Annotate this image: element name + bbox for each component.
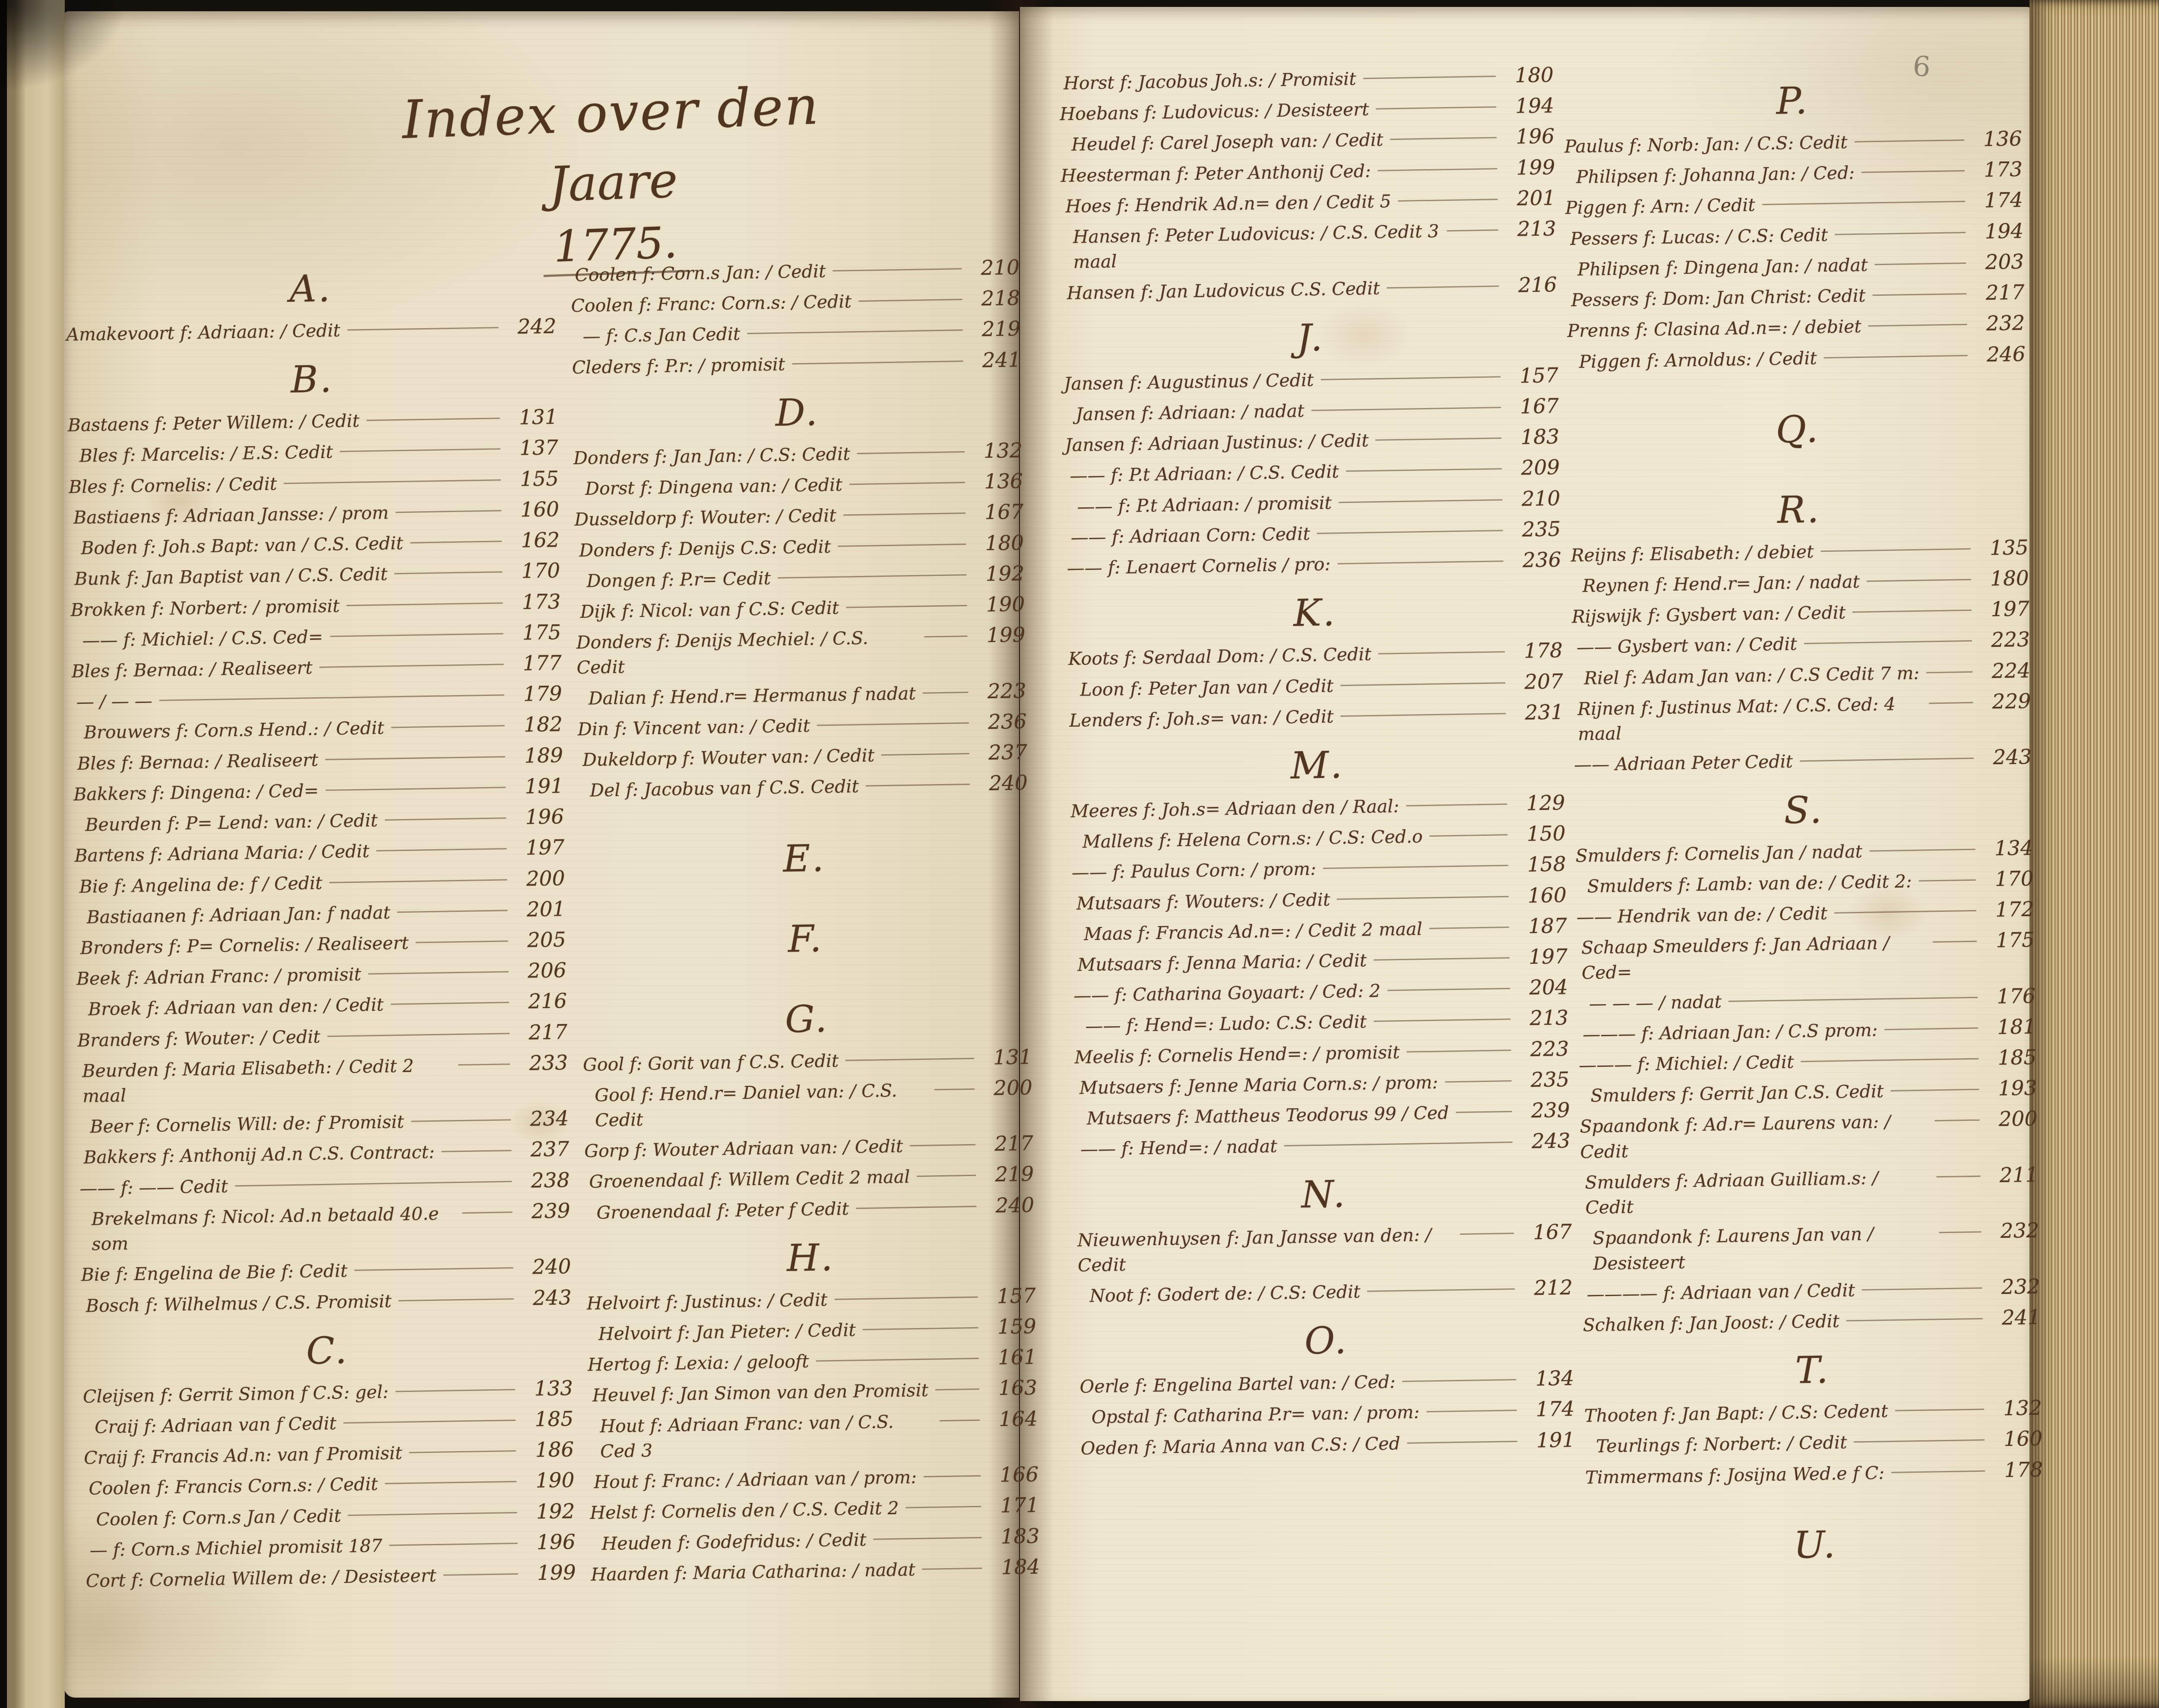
index-entry: Bastaens f: Peter Willem: / Cedit131	[67, 405, 558, 438]
entry-dash-line	[1862, 1287, 1982, 1290]
entry-dash-line	[1368, 1288, 1515, 1292]
entry-dash-line	[327, 1033, 510, 1037]
index-entry: Din f: Vincent van: / Cedit236	[577, 710, 1027, 742]
entry-page-number: 197	[1978, 597, 2029, 622]
entry-name: Bosch f: Wilhelmus / C.S. Promisit	[85, 1288, 392, 1318]
index-entry: Reijns f: Elisabeth: / debiet135	[1570, 536, 2029, 568]
section-letter: P.	[1564, 76, 2022, 127]
entry-name: Bles f: Bernaa: / Realiseert	[71, 655, 313, 684]
entry-page-number: 243	[520, 1286, 572, 1310]
entry-dash-line	[410, 541, 502, 543]
entry-page-number: 238	[519, 1168, 570, 1193]
entry-page-number: 196	[524, 1530, 576, 1555]
section-letter: A.	[65, 263, 556, 314]
entry-name: Bakkers f: Dingena: / Ced=	[73, 778, 319, 807]
entry-name: Noot f: Godert de: / C.S: Cedit	[1089, 1279, 1361, 1309]
index-entry: —— Adriaan Peter Cedit243	[1574, 745, 2032, 778]
index-section: D.Donders f: Jan Jan: / C.S: Cedit132Dor…	[573, 388, 1028, 803]
entry-name: Riel f: Adam Jan van: / C.S Cedit 7 m:	[1584, 660, 1920, 690]
entry-dash-line	[1346, 468, 1502, 472]
entry-name: Mutsaars f: Jenna Maria: / Cedit	[1077, 948, 1367, 977]
index-entry: Prenns f: Clasina Ad.n=: / debiet232	[1567, 311, 2025, 344]
index-entry: Craij f: Francis Ad.n: van f Promisit186	[84, 1438, 574, 1471]
entry-dash-line	[940, 1419, 980, 1421]
entry-dash-line	[1926, 671, 1972, 673]
entry-dash-line	[347, 602, 503, 606]
entry-dash-line	[1323, 865, 1508, 869]
entry-dash-line	[1447, 229, 1498, 231]
index-entry: Hout f: Franc: / Adriaan van / prom:166	[589, 1463, 1039, 1495]
index-entry: Cort f: Cornelia Willem de: / Desisteert…	[85, 1561, 576, 1594]
entry-dash-line	[816, 1358, 978, 1362]
entry-name: Horst f: Jacobus Joh.s: / Promisit	[1064, 66, 1356, 96]
index-entry: Dalian f: Hend.r= Hermanus f nadat223	[577, 679, 1026, 712]
entry-page-number: 183	[1508, 425, 1560, 449]
entry-dash-line	[1762, 201, 1965, 205]
index-entry: ——— f: Michiel: / Cedit185	[1579, 1046, 2037, 1078]
entry-dash-line	[442, 1150, 512, 1153]
entry-name: Piggen f: Arn: / Cedit	[1565, 193, 1756, 221]
index-section: U.	[1586, 1520, 2044, 1570]
entry-name: Heesterman f: Peter Anthonij Ced:	[1061, 158, 1371, 188]
entry-dash-line	[1933, 941, 1977, 943]
entry-page-number: 193	[1986, 1076, 2037, 1101]
entry-page-number: 216	[516, 989, 567, 1014]
entry-name: Din f: Vincent van: / Cedit	[577, 713, 810, 742]
index-entry: Boden f: Joh.s Bapt: van / C.S. Cedit162	[70, 528, 560, 561]
entry-name: Donders f: Jan Jan: / C.S: Cedit	[573, 441, 851, 471]
entry-dash-line	[409, 1450, 516, 1453]
index-entry: —— f: Hend=: Ludo: C.S: Cedit213	[1074, 1006, 1569, 1039]
index-entry: —— f: Catharina Goyaart: / Ced: 2204	[1073, 975, 1568, 1008]
entry-dash-line	[1376, 437, 1502, 441]
entry-name: Haarden f: Maria Catharina: / nadat	[591, 1557, 915, 1587]
index-entry: Meelis f: Cornelis Hend=: / promisit223	[1074, 1037, 1569, 1070]
entry-page-number: 217	[1973, 281, 2025, 305]
entry-page-number: 240	[520, 1255, 571, 1279]
index-entry: Philipsen f: Dingena Jan: / nadat203	[1566, 250, 2024, 282]
entry-name: Koots f: Serdaal Dom: / C.S. Cedit	[1068, 642, 1372, 671]
entry-dash-line	[1340, 713, 1506, 717]
entry-dash-line	[411, 1119, 511, 1122]
entry-page-number: 173	[510, 590, 561, 614]
entry-name: Bles f: Cornelis: / Cedit	[69, 471, 277, 500]
entry-dash-line	[1824, 354, 1968, 358]
entry-name: —— f: Lenaert Cornelis / pro:	[1067, 552, 1330, 581]
index-entry: Helvoirt f: Justinus: / Cedit157	[586, 1284, 1036, 1316]
entry-dash-line	[1804, 640, 1972, 644]
entry-page-number: 131	[981, 1045, 1032, 1069]
index-entry: Cleders f: P.r: / promisit241	[572, 348, 1021, 380]
entry-dash-line	[355, 1267, 513, 1271]
entry-name: Hoebans f: Ludovicus: / Desisteert	[1060, 97, 1369, 127]
index-section: B.Bastaens f: Peter Willem: / Cedit131Bl…	[66, 354, 572, 1318]
index-entry: Dorst f: Dingena van: / Cedit136	[574, 469, 1023, 502]
entry-page-number: 233	[517, 1051, 568, 1075]
entry-name: —— f: P.t Adriaan: / promisit	[1077, 490, 1332, 519]
index-entry: Lenders f: Joh.s= van: / Cedit231	[1069, 700, 1564, 733]
entry-page-number: 213	[1505, 217, 1556, 241]
index-entry: Timmermans f: Josijna Wed.e f C:178	[1585, 1458, 2043, 1490]
entry-name: Coolen f: Corn.s Jan: / Cedit	[575, 259, 826, 288]
entry-dash-line	[833, 268, 962, 272]
entry-dash-line	[906, 1506, 981, 1509]
entry-page-number: 232	[1988, 1219, 2039, 1243]
entry-name: Rijnen f: Justinus Mat: / C.S. Ced: 4 ma…	[1577, 691, 1923, 747]
index-entry: Groenendaal f: Peter f Cedit240	[585, 1193, 1035, 1225]
index-entry: Bles f: Bernaa: / Realiseert177	[71, 651, 562, 684]
entry-dash-line	[385, 1481, 516, 1484]
entry-name: Gorp f: Wouter Adriaan van: / Cedit	[584, 1134, 903, 1164]
entry-dash-line	[856, 1205, 976, 1208]
index-entry: Piggen f: Arn: / Cedit174	[1565, 188, 2023, 221]
entry-dash-line	[159, 694, 504, 701]
entry-page-number: 223	[975, 679, 1026, 704]
entry-name: —— f: Adriaan Corn: Cedit	[1070, 521, 1310, 550]
entry-page-number: 134	[1982, 836, 2033, 860]
entry-name: Beurden f: P= Lend: van: / Cedit	[85, 808, 378, 838]
index-section: P.Paulus f: Norb: Jan: / C.S: Cedit136Ph…	[1564, 76, 2026, 374]
entry-page-number: 206	[515, 958, 567, 983]
entry-page-number: 187	[1516, 914, 1567, 939]
index-section: S.Smulders f: Cornelis Jan / nadat134Smu…	[1574, 785, 2041, 1338]
entry-page-number: 213	[1517, 1006, 1569, 1031]
entry-page-number: 207	[1512, 670, 1564, 694]
entry-dash-line	[834, 1297, 978, 1300]
entry-page-number: 211	[1987, 1163, 2039, 1187]
entry-page-number: 133	[522, 1376, 573, 1401]
index-entry: Bastiaanen f: Adriaan Jan: f nadat201	[75, 897, 566, 930]
index-entry: Smulders f: Cornelis Jan / nadat134	[1575, 836, 2033, 868]
index-entry: Rijnen f: Justinus Mat: / C.S. Ced: 4 ma…	[1573, 690, 2032, 747]
entry-dash-line	[881, 753, 969, 756]
section-letter: S.	[1574, 785, 2032, 835]
entry-name: Hansen f: Jan Ludovicus C.S. Cedit	[1067, 275, 1380, 306]
entry-name: —— f: Paulus Corn: / prom:	[1071, 856, 1316, 885]
entry-dash-line	[326, 787, 506, 791]
entry-dash-line	[858, 299, 962, 302]
entry-dash-line	[1398, 199, 1498, 202]
entry-name: Helst f: Cornelis den / C.S. Cedit 2	[590, 1496, 899, 1525]
entry-page-number: 157	[1507, 364, 1558, 388]
index-entry: Hout f: Adriaan Franc: van / C.S. Ced 31…	[589, 1407, 1038, 1464]
entry-name: Heuvel f: Jan Simon van den Promisit	[592, 1378, 929, 1408]
index-entry: Cleijsen f: Gerrit Simon f C.S: gel:133	[83, 1376, 573, 1409]
entry-dash-line	[415, 940, 508, 943]
entry-dash-line	[396, 510, 501, 513]
entry-dash-line	[1868, 324, 1967, 327]
entry-page-number: 173	[1971, 158, 2023, 182]
section-letter: E.	[579, 833, 1029, 883]
entry-page-number: 191	[1524, 1428, 1575, 1452]
entry-page-number: 237	[518, 1137, 570, 1162]
entry-name: — f: C.s Jan Cedit	[582, 322, 741, 349]
entry-name: Boden f: Joh.s Bapt: van / C.S. Cedit	[81, 531, 403, 561]
index-entry: Brouwers f: Corn.s Hend.: / Cedit182	[73, 713, 563, 746]
entry-page-number: 192	[973, 562, 1025, 586]
entry-page-number: 175	[510, 620, 561, 645]
entry-name: Hoes f: Hendrik Ad.n= den / Cedit 5	[1065, 189, 1391, 219]
entry-page-number: 199	[1504, 155, 1555, 180]
index-entry: Gool f: Gorit van f C.S. Cedit131	[583, 1045, 1032, 1077]
entry-name: Bronders f: P= Cornelis: / Realiseert	[80, 930, 409, 961]
index-entry: Loon f: Peter Jan van / Cedit207	[1069, 670, 1564, 702]
entry-page-number: 217	[982, 1132, 1034, 1156]
index-entry: Mutsaars f: Wouters: / Cedit160	[1072, 883, 1567, 916]
index-entry: —— f: Paulus Corn: / prom:158	[1071, 852, 1566, 885]
index-entry: Reynen f: Hend.r= Jan: / nadat180	[1571, 566, 2029, 599]
index-section: F.	[581, 914, 1030, 964]
entry-name: Dorst f: Dingena van: / Cedit	[585, 472, 843, 502]
index-entry: Paulus f: Norb: Jan: / C.S: Cedit136	[1564, 127, 2022, 159]
index-entry: Schaap Smeulders f: Jan Adriaan / Ced=17…	[1577, 928, 2036, 986]
entry-name: Bie f: Engelina de Bie f: Cedit	[81, 1258, 348, 1287]
entry-name: Bunk f: Jan Baptist van / C.S. Cedit	[74, 562, 388, 592]
index-entry: Craij f: Adriaan van f Cedit185	[83, 1407, 574, 1440]
entry-page-number: 157	[985, 1284, 1036, 1309]
entry-name: Mutsaers f: Jenne Maria Corn.s: / prom:	[1079, 1070, 1438, 1101]
entry-dash-line	[1855, 139, 1964, 142]
entry-dash-line	[917, 1175, 976, 1177]
index-entry: Opstal f: Catharina P.r= van: / prom:174	[1080, 1397, 1575, 1430]
entry-name: Bles f: Bernaa: / Realiseert	[77, 747, 319, 776]
entry-dash-line	[340, 449, 500, 452]
index-entry: Rijswijk f: Gysbert van: / Cedit197	[1572, 597, 2030, 629]
entry-page-number: 201	[514, 897, 566, 922]
entry-name: —— Adriaan Peter Cedit	[1574, 749, 1793, 778]
entry-dash-line	[343, 1420, 516, 1423]
entry-page-number: 136	[1971, 127, 2022, 152]
index-entry: Donders f: Jan Jan: / C.S: Cedit132	[573, 439, 1023, 471]
index-entry: Bunk f: Jan Baptist van / C.S. Cedit170	[70, 559, 560, 592]
entry-name: Spaandonk f: Laurens Jan van / Desisteer…	[1592, 1221, 1933, 1276]
entry-name: ——— f: Adriaan Jan: / C.S prom:	[1583, 1017, 1878, 1047]
entry-page-number: 232	[1974, 311, 2025, 336]
entry-name: Smulders f: Adriaan Guilliam.s: / Cedit	[1585, 1164, 1930, 1220]
entry-page-number: 178	[1511, 639, 1563, 663]
index-entry: Branders f: Wouter: / Cedit217	[77, 1020, 568, 1053]
index-entry: Mutsaers f: Jenne Maria Corn.s: / prom:2…	[1075, 1068, 1570, 1101]
entry-name: Dalian f: Hend.r= Hermanus f nadat	[588, 681, 916, 711]
entry-dash-line	[325, 756, 505, 760]
entry-page-number: 186	[523, 1438, 574, 1462]
entry-name: Oerle f: Engelina Bartel van: / Ced:	[1079, 1370, 1396, 1400]
index-entry: Spaandonk f: Ad.r= Laurens van: / Cedit2…	[1580, 1107, 2038, 1164]
entry-page-number: 243	[1981, 745, 2032, 770]
index-entry: Bles f: Cornelis: / Cedit155	[69, 467, 559, 500]
entry-page-number: 239	[1519, 1098, 1570, 1123]
entry-page-number: 197	[1516, 945, 1568, 969]
section-letter: H.	[586, 1233, 1035, 1283]
index-entry: Smulders f: Gerrit Jan C.S. Cedit193	[1579, 1076, 2037, 1109]
entry-dash-line	[1390, 137, 1497, 140]
index-section: G.Gool f: Gorit van f C.S. Cedit131Gool …	[582, 994, 1035, 1225]
entry-name: —— Hendrik van de: / Cedit	[1576, 901, 1827, 930]
entry-page-number: 179	[511, 682, 562, 706]
entry-dash-line	[1854, 1439, 1985, 1443]
entry-page-number: 160	[508, 497, 560, 522]
entry-dash-line	[1861, 170, 1965, 173]
entry-dash-line	[1445, 1080, 1511, 1082]
entry-page-number: 167	[1521, 1220, 1572, 1244]
entry-page-number: 167	[1508, 394, 1559, 419]
index-entry: Gorp f: Wouter Adriaan van: / Cedit217	[584, 1132, 1034, 1164]
entry-name: Paulus f: Norb: Jan: / C.S: Cedit	[1564, 130, 1848, 159]
entry-dash-line	[838, 544, 966, 547]
entry-page-number: 199	[974, 623, 1026, 648]
entry-dash-line	[1872, 293, 1966, 296]
index-entry: Hansen f: Jan Ludovicus C.S. Cedit216	[1062, 273, 1557, 306]
entry-name: Brokken f: Norbert: / promisit	[70, 593, 340, 623]
entry-page-number: 196	[513, 805, 564, 829]
entry-dash-line	[845, 1057, 974, 1061]
entry-name: Bastiaens f: Adriaan Jansse: / prom	[73, 500, 389, 530]
entry-page-number: 236	[1510, 548, 1561, 572]
index-entry: Beer f: Cornelis Will: de: f Promisit234	[79, 1107, 569, 1139]
entry-page-number: 184	[989, 1555, 1040, 1579]
entry-page-number: 194	[1503, 94, 1554, 118]
entry-name: Heudel f: Carel Joseph van: / Cedit	[1071, 127, 1383, 158]
index-section: Q.	[1569, 405, 2027, 455]
index-section: C.Cleijsen f: Gerrit Simon f C.S: gel:13…	[82, 1325, 576, 1594]
index-entry: Jansen f: Augustinus / Cedit157	[1064, 364, 1559, 396]
entry-page-number: 234	[518, 1107, 569, 1131]
index-entry: Oerle f: Engelina Bartel van: / Ced:134	[1079, 1366, 1574, 1399]
index-section: H.Helvoirt f: Justinus: / Cedit157Helvoi…	[586, 1233, 1040, 1587]
entry-dash-line	[458, 1063, 510, 1066]
entry-name: —— f: Hend=: Ludo: C.S: Cedit	[1085, 1009, 1367, 1039]
entry-dash-line	[1339, 499, 1502, 503]
entry-name: Philipsen f: Johanna Jan: / Ced:	[1576, 160, 1855, 190]
entry-page-number: 200	[1986, 1107, 2038, 1132]
entry-name: Bastaens f: Peter Willem: / Cedit	[67, 408, 360, 438]
manuscript-scan: Index over den Jaare 1775. 6 A.Amakevoor…	[0, 0, 2159, 1708]
entry-page-number: 240	[977, 771, 1028, 796]
entry-page-number: 137	[507, 436, 558, 461]
index-entry: Jansen f: Adriaan: / nadat167	[1064, 394, 1559, 427]
entry-dash-line	[397, 910, 508, 913]
entry-name: Loon f: Peter Jan van / Cedit	[1080, 673, 1334, 702]
entry-dash-line	[330, 633, 503, 637]
entry-name: Mutsaers f: Mattheus Teodorus 99 / Ced	[1086, 1100, 1449, 1131]
index-entry: Brokken f: Norbert: / promisit173	[70, 590, 561, 623]
index-entry: Heesterman f: Peter Anthonij Ced:199	[1061, 155, 1555, 188]
entry-page-number: 163	[986, 1376, 1038, 1401]
entry-name: Jansen f: Augustinus / Cedit	[1064, 367, 1314, 396]
entry-page-number: 166	[988, 1463, 1039, 1487]
entry-page-number: 241	[970, 348, 1021, 373]
entry-name: —— Gysbert van: / Cedit	[1577, 632, 1798, 660]
entry-name: Piggen f: Arnoldus: / Cedit	[1579, 345, 1817, 374]
entry-page-number: 180	[1503, 63, 1554, 88]
entry-page-number: 182	[511, 713, 563, 737]
entry-dash-line	[1874, 263, 1966, 265]
entry-dash-line	[1427, 1410, 1517, 1412]
index-entry: —— f: Michiel: / C.S. Ced=175	[71, 620, 561, 653]
entry-name: Thooten f: Jan Bapt: / C.S: Cedent	[1584, 1398, 1888, 1428]
entry-page-number: 132	[971, 439, 1023, 463]
entry-name: Hout f: Franc: / Adriaan van / prom:	[594, 1464, 917, 1495]
entry-name: Craij f: Francis Ad.n: van f Promisit	[84, 1440, 402, 1471]
entry-dash-line	[1406, 803, 1507, 807]
entry-dash-line	[368, 971, 509, 974]
entry-name: Bie f: Angelina de: f / Cedit	[79, 870, 323, 899]
entry-name: Coolen f: Corn.s Jan / Cedit	[96, 1503, 341, 1532]
entry-name: Mutsaars f: Wouters: / Cedit	[1076, 887, 1330, 916]
entry-page-number: 175	[1983, 928, 2035, 953]
entry-dash-line	[443, 1573, 518, 1576]
index-entry: — f: Corn.s Michiel promisit 187196	[85, 1530, 576, 1563]
section-letter: K.	[1067, 588, 1562, 639]
entry-dash-line	[1321, 376, 1501, 380]
entry-page-number: 200	[514, 867, 565, 891]
entry-page-number: 199	[525, 1561, 576, 1585]
index-entry: Mutsaars f: Jenna Maria: / Cedit197	[1073, 945, 1568, 977]
entry-dash-line	[1374, 1019, 1510, 1022]
entry-page-number: 219	[983, 1162, 1034, 1187]
entry-dash-line	[1852, 610, 1972, 613]
entry-page-number: 129	[1514, 791, 1565, 816]
index-entry: Donders f: Denijs C.S: Cedit180	[575, 531, 1024, 563]
entry-name: —— f: Michiel: / C.S. Ced=	[82, 624, 323, 653]
entry-page-number: 241	[1989, 1306, 2041, 1330]
index-entry: Philipsen f: Johanna Jan: / Ced:173	[1565, 158, 2023, 190]
entry-page-number: 170	[509, 559, 560, 584]
entry-page-number: 194	[1972, 219, 2024, 244]
section-letter: O.	[1079, 1316, 1573, 1366]
entry-page-number: 160	[1515, 883, 1567, 908]
entry-dash-line	[873, 1537, 981, 1540]
entry-name: Gool f: Hend.r= Daniel van: / C.S. Cedit	[595, 1077, 928, 1133]
entry-dash-line	[385, 817, 506, 820]
index-entry: Pessers f: Dom: Jan Christ: Cedit217	[1567, 281, 2025, 313]
vellum-cover-edge	[0, 0, 65, 1708]
entry-name: Donders f: Denijs C.S: Cedit	[579, 534, 831, 563]
entry-page-number: 171	[988, 1493, 1039, 1518]
entry-page-number: 197	[513, 835, 565, 860]
entry-name: Maas f: Francis Ad.n=: / Cedit 2 maal	[1084, 916, 1423, 947]
entry-page-number: 161	[985, 1345, 1037, 1370]
index-entry: —— f: Adriaan Corn: Cedit235	[1066, 517, 1561, 550]
entry-name: Beek f: Adrian Franc: / promisit	[76, 962, 361, 992]
entry-name: Pessers f: Dom: Jan Christ: Cedit	[1571, 283, 1866, 313]
entry-dash-line	[1340, 682, 1505, 686]
entry-page-number: 210	[1509, 487, 1561, 511]
entry-name: Gool f: Gorit van f C.S. Cedit	[583, 1048, 839, 1077]
entry-name: Mallens f: Helena Corn.s: / C.S: Ced.o	[1082, 824, 1423, 854]
entry-name: Groenendaal f: Peter f Cedit	[596, 1196, 849, 1225]
entry-page-number: 224	[1979, 658, 2031, 683]
index-section: O.Oerle f: Engelina Bartel van: / Ced:13…	[1079, 1316, 1575, 1461]
index-entry: Jansen f: Adriaan Justinus: / Cedit183	[1065, 425, 1560, 458]
entry-page-number: 218	[969, 286, 1020, 311]
entry-dash-line	[1429, 927, 1509, 929]
entry-page-number: 160	[1991, 1427, 2043, 1452]
index-entry: Broek f: Adriaan van den: / Cedit216	[77, 989, 567, 1022]
entry-page-number: 200	[981, 1076, 1033, 1101]
index-entry: ——— f: Adriaan Jan: / C.S prom:181	[1578, 1015, 2036, 1047]
index-entry: Bie f: Engelina de Bie f: Cedit240	[81, 1255, 571, 1287]
corner-shadow	[0, 0, 242, 181]
index-entry: Smulders f: Adriaan Guilliam.s: / Cedit2…	[1580, 1163, 2039, 1220]
entry-page-number: 192	[524, 1499, 575, 1524]
entry-name: Lenders f: Joh.s= van: / Cedit	[1069, 704, 1334, 733]
index-entry: Noot f: Godert de: / C.S: Cedit212	[1078, 1276, 1573, 1309]
entry-dash-line	[1378, 651, 1505, 655]
index-entry: Maas f: Francis Ad.n=: / Cedit 2 maal187	[1073, 914, 1567, 947]
section-letter: F.	[581, 914, 1030, 964]
index-entry: Pessers f: Lucas: / C.S: Cedit194	[1566, 219, 2024, 252]
